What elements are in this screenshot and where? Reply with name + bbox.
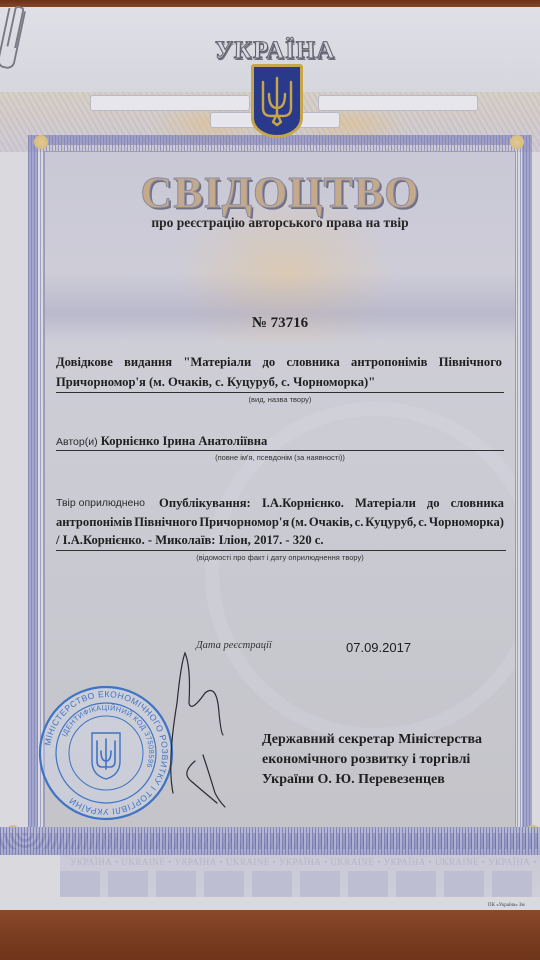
word: "Матеріали <box>183 352 251 372</box>
header-ribbon-left <box>90 95 250 111</box>
word: Очаків, <box>309 513 353 532</box>
certificate-subtitle: про реєстрацію авторського права на твір <box>130 215 430 231</box>
header-ribbon-right <box>318 95 478 111</box>
publication-line-2: антропонімівПівнічногоПричорномор'я(м.Оч… <box>56 513 504 532</box>
bottom-wave-pattern <box>0 833 540 849</box>
word: Причорномор'я <box>199 513 289 532</box>
desk-background-bottom <box>0 910 540 960</box>
work-title-line-1: Довідковевидання"Матеріалидословникаантр… <box>56 352 502 372</box>
word: видання <box>124 352 172 372</box>
work-title-underline <box>56 392 504 393</box>
work-title-field: Довідковевидання"Матеріалидословникаантр… <box>56 352 502 392</box>
word: Довідкове <box>56 352 113 372</box>
handwritten-signature <box>165 643 245 813</box>
word: Куцуруб, <box>365 513 416 532</box>
word: словника <box>286 352 339 372</box>
frame-corner-ornament <box>34 135 48 149</box>
publication-line-3: / І.А.Корнієнко. - Миколаїв: Іліон, 2017… <box>56 531 504 550</box>
word: Матеріали <box>355 494 416 513</box>
registration-date: 07.09.2017 <box>346 640 411 655</box>
word: до <box>263 352 276 372</box>
work-title-caption: (вид, назва твору) <box>180 395 380 404</box>
word: с. <box>418 513 427 532</box>
publication-line-1-text: Опублікування:І.А.Корнієнко.Матеріалидос… <box>159 494 504 513</box>
printer-mark: ПК «Україна» Зм <box>488 903 525 908</box>
arches-pattern <box>60 871 540 897</box>
country-heading: УКРАЇНА <box>199 37 350 65</box>
publication-field: Твір оприлюднено Опублікування:І.А.Корні… <box>56 494 504 550</box>
ukraine-microtext-band: УКРАЇНА • UKRAINE • УКРАЇНА • UKRAINE • … <box>60 855 540 897</box>
certificate-paper: УКРАЇНА СВІДОЦТВО про реєстрацію авторсь… <box>0 7 540 913</box>
word: Опублікування: <box>159 494 251 513</box>
official-stamp: МІНІСТЕРСТВО ЕКОНОМІЧНОГО РОЗВИТКУ І ТОР… <box>36 683 176 823</box>
word: с. <box>355 513 364 532</box>
word: (м. <box>291 513 307 532</box>
signatory-line-2: економічного розвитку і торгівлі <box>262 750 532 770</box>
author-field: Автор(и) Корнієнко Ірина Анатоліївна <box>56 431 502 452</box>
work-title-line-2: Причорномор'я (м. Очаків, с. Куцуруб, с.… <box>56 372 502 392</box>
word: Чорноморка) <box>429 513 504 532</box>
signatory-line-3: України О. Ю. Перевезенцев <box>262 770 532 790</box>
coat-of-arms-trident-icon <box>251 64 303 138</box>
author-underline <box>56 450 504 451</box>
certificate-number: № 73716 <box>200 315 360 332</box>
publication-line-1: Твір оприлюднено Опублікування:І.А.Корні… <box>56 494 504 513</box>
word: словника <box>451 494 504 513</box>
signatory-line-1: Державний секретар Міністерства <box>262 730 532 750</box>
word: Північного <box>439 352 502 372</box>
word: антропонімів <box>56 513 132 532</box>
word: Північного <box>134 513 197 532</box>
word: антропонімів <box>351 352 427 372</box>
publication-underline <box>56 550 506 551</box>
ukraine-microtext: УКРАЇНА • UKRAINE • УКРАЇНА • UKRAINE • … <box>70 857 540 867</box>
author-value: Корнієнко Ірина Анатоліївна <box>101 434 268 448</box>
certificate-title: СВІДОЦТВО <box>140 167 420 218</box>
publication-label: Твір оприлюднено <box>56 494 145 513</box>
publication-caption: (відомості про факт і дату оприлюднення … <box>160 553 400 562</box>
word: І.А.Корнієнко. <box>262 494 344 513</box>
signatory-block: Державний секретар Міністерства економіч… <box>262 730 532 790</box>
frame-corner-ornament <box>510 135 524 149</box>
author-label: Автор(и) <box>56 436 98 448</box>
author-caption: (повне ім'я, псевдонім (за наявності)) <box>170 453 390 462</box>
word: до <box>427 494 440 513</box>
